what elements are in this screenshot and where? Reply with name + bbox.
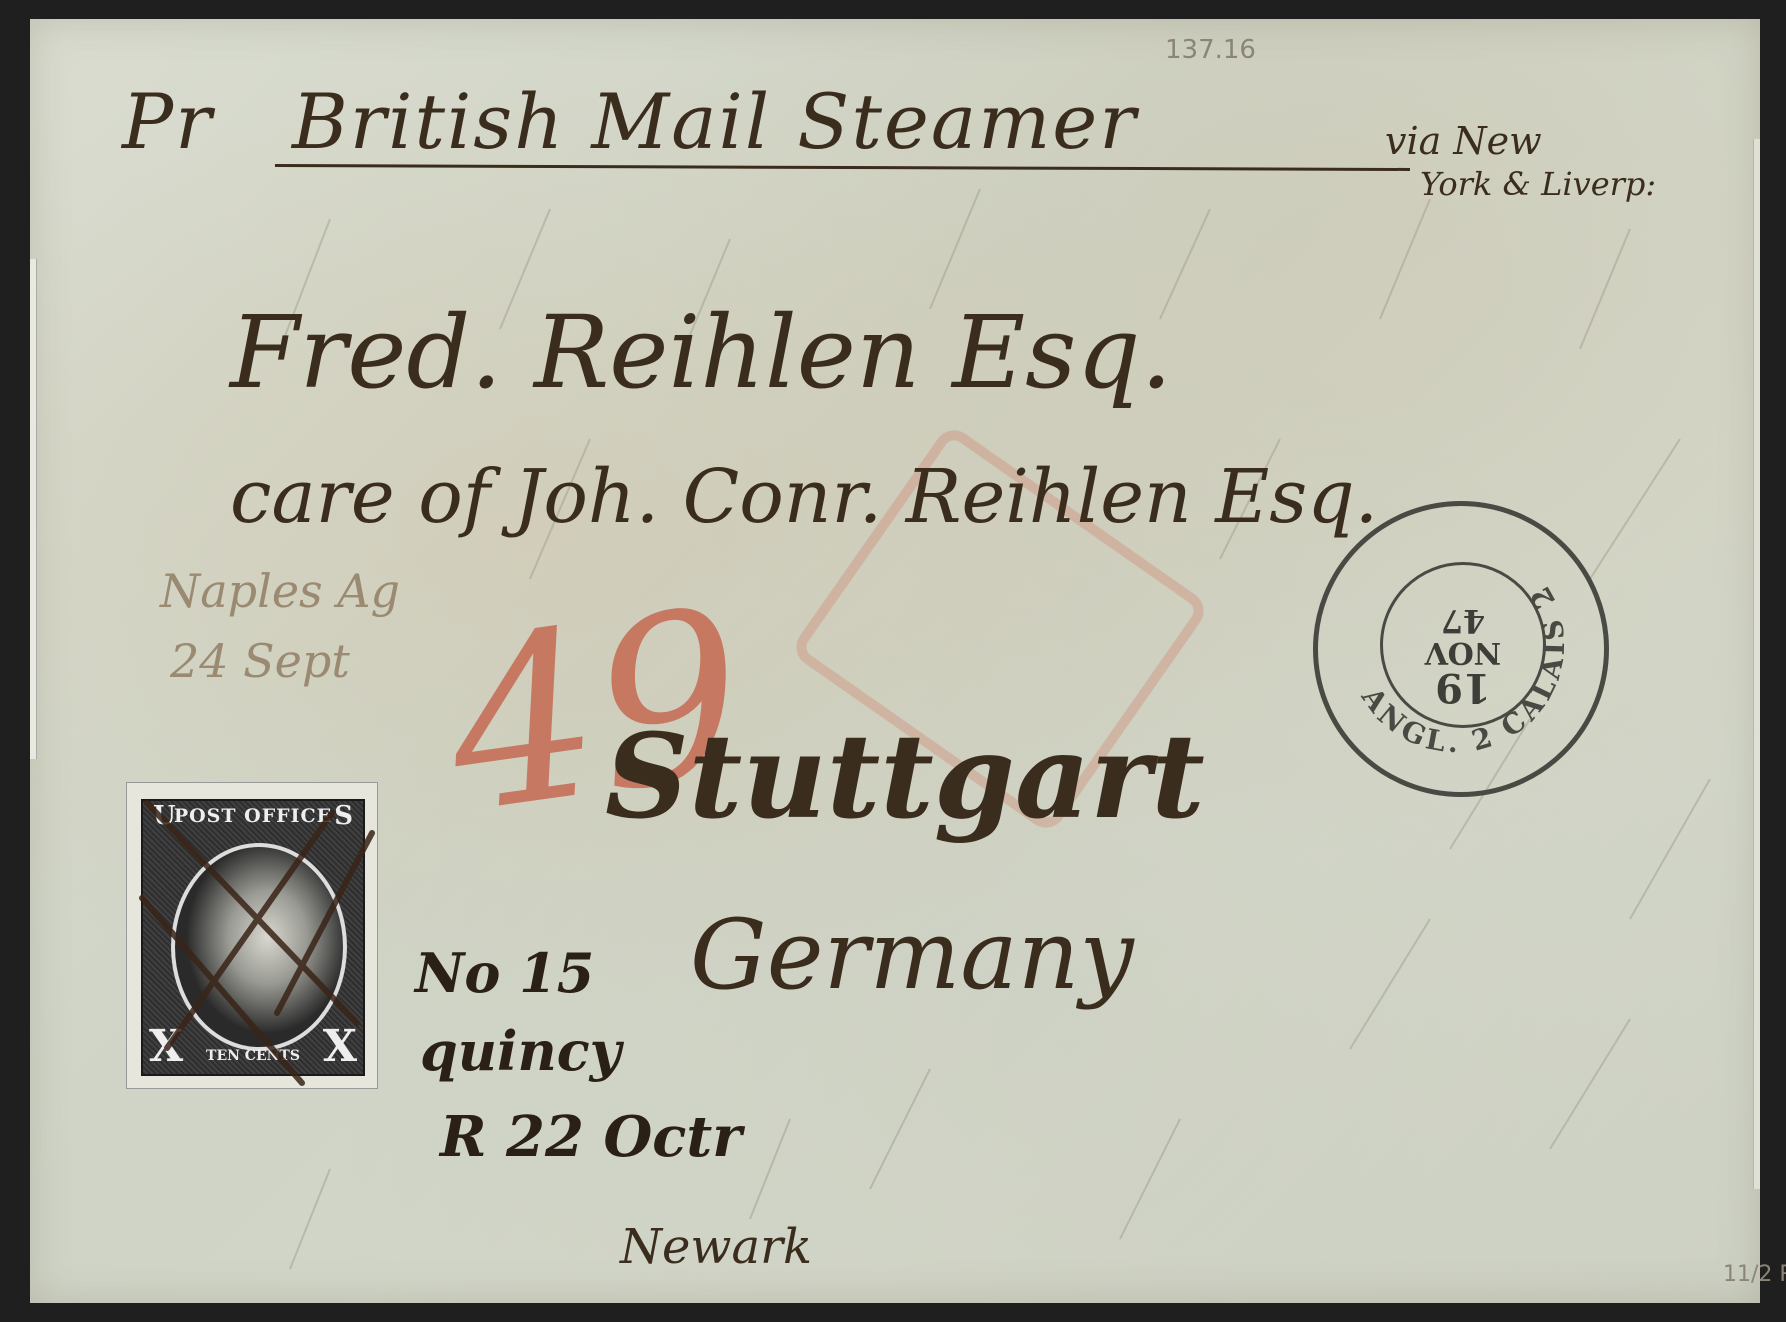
destination-city: Stuttgart	[605, 709, 1205, 845]
sender-street: quincy	[420, 1019, 621, 1083]
datestamp-inner-ring: 19 NOV 47	[1380, 562, 1546, 728]
addressee-name: Fred. Reihlen Esq.	[230, 294, 1172, 411]
stamp-top-legend: POST OFFICE	[143, 805, 363, 827]
endorsement-prefix: Pr	[122, 77, 213, 166]
sender-number: No 15	[415, 941, 594, 1005]
letter-sheet: 137.16 Pr British Mail Steamer via New Y…	[30, 19, 1760, 1303]
route-line-2: York & Liverp:	[1420, 165, 1656, 203]
origin-town: Newark	[620, 1219, 812, 1275]
corner-pencil-note: 11/2 R	[1723, 1262, 1786, 1287]
endorsement-text: British Mail Steamer	[292, 77, 1138, 166]
stamp-value-numeral-right: X	[323, 1021, 357, 1072]
endorsement-line: Pr British Mail Steamer	[122, 77, 1138, 166]
route-line-1: via New	[1385, 119, 1542, 163]
endorsement-underline	[275, 164, 1410, 171]
received-date-note: R 22 Octr	[440, 1104, 742, 1170]
faded-docket-line-2: 24 Sept	[170, 634, 350, 688]
datestamp-date: 19 NOV 47	[1383, 605, 1543, 707]
datestamp-month: NOV	[1383, 637, 1543, 667]
datestamp-year: 47	[1383, 605, 1543, 637]
postage-stamp: U S POST OFFICE X X TEN CENTS	[126, 782, 378, 1089]
washington-portrait	[171, 843, 347, 1051]
left-fold-edge	[30, 259, 37, 759]
care-of-line: care of Joh. Conr. Reihlen Esq.	[230, 454, 1378, 540]
stamp-denomination-legend: TEN CENTS	[143, 1048, 363, 1064]
right-fold-edge	[1753, 139, 1760, 1189]
destination-country: Germany	[690, 899, 1134, 1011]
datestamp-day: 19	[1383, 667, 1543, 707]
calais-datestamp: ANGL. 2 CALAIS 2 19 NOV 47	[1313, 501, 1609, 797]
stamp-engraved-frame: U S POST OFFICE X X TEN CENTS	[141, 799, 365, 1076]
stamp-value-numeral-left: X	[149, 1021, 183, 1072]
pencil-catalog-reference: 137.16	[1165, 35, 1256, 65]
faded-docket-line-1: Naples Ag	[160, 564, 400, 618]
